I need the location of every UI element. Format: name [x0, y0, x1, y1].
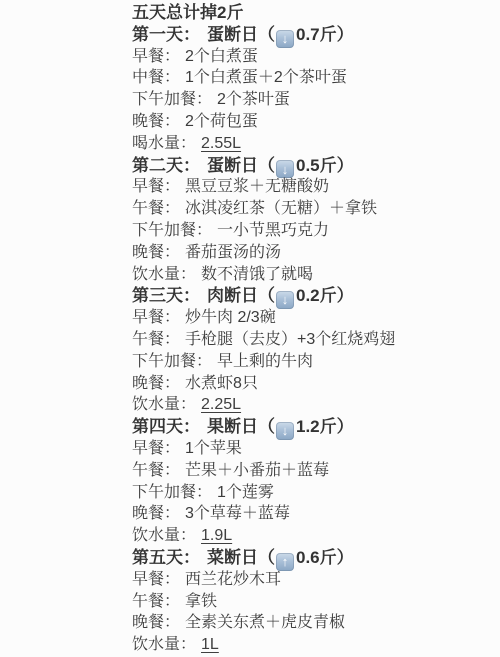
day-1-change: 0.7斤）: [296, 25, 354, 44]
meal-value: 全素关东煮＋虎皮青椒: [185, 614, 345, 631]
meal-line: 中餐：1个白煮蛋＋2个茶叶蛋: [132, 67, 490, 89]
meal-label: 晚餐：: [132, 505, 180, 522]
meal-label: 早餐：: [132, 440, 180, 457]
meal-line: 晚餐：水煮虾8只: [132, 373, 490, 395]
meal-line: 午餐：手枪腿（去皮）+3个红烧鸡翅: [132, 329, 490, 351]
water-value-link[interactable]: 2.25L: [201, 396, 241, 413]
meal-value: 一小节黑巧克力: [217, 222, 329, 239]
day-5-header: 第五天：菜断日（↑0.6斤）: [132, 547, 490, 569]
meal-value: 1个莲雾: [217, 484, 274, 501]
meal-value: 水煮虾8只: [185, 375, 258, 392]
meal-line: 下午加餐：早上剩的牛肉: [132, 351, 490, 373]
meal-value: 手枪腿（去皮）+3个红烧鸡翅: [185, 331, 395, 348]
meal-value: 早上剩的牛肉: [217, 353, 313, 370]
water-label: 饮水量：: [132, 266, 196, 283]
meal-value: 2个白煮蛋: [185, 48, 258, 65]
day-4-type: 果断日（: [207, 417, 275, 436]
meal-label: 晚餐：: [132, 244, 180, 261]
day-5-type: 菜断日（: [207, 548, 275, 567]
down-arrow-icon: ↓: [276, 422, 294, 440]
meal-line: 下午加餐：1个莲雾: [132, 482, 490, 504]
day-4-change: 1.2斤）: [296, 417, 354, 436]
meal-line: 午餐：芒果＋小番茄＋蓝莓: [132, 460, 490, 482]
meal-value: 3个草莓＋蓝莓: [185, 505, 290, 522]
meal-label: 午餐：: [132, 462, 180, 479]
meal-label: 晚餐：: [132, 113, 180, 130]
meal-value: 1个白煮蛋＋2个茶叶蛋: [185, 69, 347, 86]
day-4-header: 第四天：果断日（↓1.2斤）: [132, 416, 490, 438]
meal-label: 下午加餐：: [132, 91, 212, 108]
meal-line: 早餐：2个白煮蛋: [132, 46, 490, 68]
meal-value: 1个苹果: [185, 440, 242, 457]
day-4-label: 第四天：: [132, 417, 200, 436]
meal-line: 晚餐：2个荷包蛋: [132, 111, 490, 133]
down-arrow-icon: ↓: [276, 291, 294, 309]
water-line: 饮水量：1.9L: [132, 525, 490, 547]
water-line: 饮水量：2.25L: [132, 394, 490, 416]
day-1-header: 第一天：蛋断日（↓0.7斤）: [132, 24, 490, 46]
meal-label: 下午加餐：: [132, 484, 212, 501]
meal-label: 午餐：: [132, 593, 180, 610]
water-value: 数不清饿了就喝: [201, 266, 313, 283]
water-line: 饮水量：数不清饿了就喝: [132, 264, 490, 286]
meal-value: 2个荷包蛋: [185, 113, 258, 130]
meal-value: 番茄蛋汤的汤: [185, 244, 281, 261]
meal-label: 下午加餐：: [132, 353, 212, 370]
water-line: 饮水量：1L: [132, 634, 490, 656]
meal-value: 芒果＋小番茄＋蓝莓: [185, 462, 329, 479]
meal-value: 2个茶叶蛋: [217, 91, 290, 108]
meal-value: 西兰花炒木耳: [185, 571, 281, 588]
meal-label: 早餐：: [132, 309, 180, 326]
meal-label: 早餐：: [132, 178, 180, 195]
day-5-change: 0.6斤）: [296, 548, 354, 567]
day-2-change: 0.5斤）: [296, 156, 354, 175]
water-line: 喝水量：2.55L: [132, 133, 490, 155]
meal-line: 早餐：1个苹果: [132, 438, 490, 460]
water-value-link[interactable]: 1.9L: [201, 527, 232, 544]
water-label: 喝水量：: [132, 135, 196, 152]
down-arrow-icon: ↓: [276, 30, 294, 48]
meal-line: 午餐：冰淇凌红茶（无糖）＋拿铁: [132, 198, 490, 220]
meal-value: 黑豆豆浆＋无糖酸奶: [185, 178, 329, 195]
water-value-link[interactable]: 1L: [201, 636, 219, 653]
day-2-label: 第二天：: [132, 156, 200, 175]
meal-label: 晚餐：: [132, 614, 180, 631]
meal-label: 中餐：: [132, 69, 180, 86]
day-1-type: 蛋断日（: [207, 25, 275, 44]
meal-label: 早餐：: [132, 571, 180, 588]
note-title: 五天总计掉2斤: [132, 2, 490, 24]
day-1-label: 第一天：: [132, 25, 200, 44]
day-5-label: 第五天：: [132, 548, 200, 567]
meal-line: 早餐：炒牛肉 2/3碗: [132, 307, 490, 329]
meal-label: 晚餐：: [132, 375, 180, 392]
meal-line: 晚餐：番茄蛋汤的汤: [132, 242, 490, 264]
meal-label: 早餐：: [132, 48, 180, 65]
meal-label: 午餐：: [132, 200, 180, 217]
meal-line: 下午加餐：一小节黑巧克力: [132, 220, 490, 242]
meal-line: 早餐：黑豆豆浆＋无糖酸奶: [132, 176, 490, 198]
day-2-type: 蛋断日（: [207, 156, 275, 175]
meal-label: 下午加餐：: [132, 222, 212, 239]
water-label: 饮水量：: [132, 527, 196, 544]
water-label: 饮水量：: [132, 636, 196, 653]
day-3-header: 第三天：肉断日（↓0.2斤）: [132, 285, 490, 307]
meal-line: 晚餐：全素关东煮＋虎皮青椒: [132, 612, 490, 634]
day-2-header: 第二天：蛋断日（↓0.5斤）: [132, 155, 490, 177]
day-3-type: 肉断日（: [207, 286, 275, 305]
meal-label: 午餐：: [132, 331, 180, 348]
meal-value: 冰淇凌红茶（无糖）＋拿铁: [185, 200, 377, 217]
meal-line: 早餐：西兰花炒木耳: [132, 569, 490, 591]
meal-value: 拿铁: [185, 593, 217, 610]
day-3-change: 0.2斤）: [296, 286, 354, 305]
water-value-link[interactable]: 2.55L: [201, 135, 241, 152]
diet-note: 五天总计掉2斤 第一天：蛋断日（↓0.7斤） 早餐：2个白煮蛋 中餐：1个白煮蛋…: [0, 0, 500, 656]
meal-line: 午餐：拿铁: [132, 591, 490, 613]
water-label: 饮水量：: [132, 396, 196, 413]
meal-line: 晚餐：3个草莓＋蓝莓: [132, 503, 490, 525]
meal-line: 下午加餐：2个茶叶蛋: [132, 89, 490, 111]
day-3-label: 第三天：: [132, 286, 200, 305]
meal-value: 炒牛肉 2/3碗: [185, 309, 276, 326]
